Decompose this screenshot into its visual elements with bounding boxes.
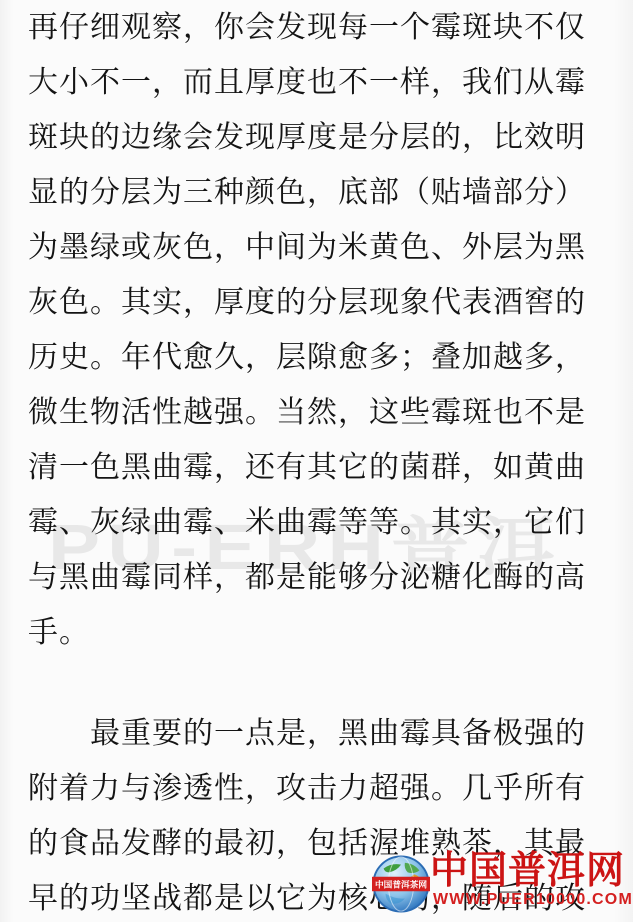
text-line: 再仔细观察，你会发现每一个霉斑块不仅 [28,0,618,55]
site-logo: 中国普洱茶网 中国普洱网 WWW.PUER10000.COM [370,846,633,922]
site-logo-url: WWW.PUER10000.COM [433,890,633,910]
text-line: 最重要的一点是，黑曲霉具备极强的 [28,706,618,761]
site-logo-title: 中国普洱网 [430,850,625,892]
globe-icon: 中国普洱茶网 [372,855,430,913]
text-line: 历史。年代愈久，层隙愈多；叠加越多， [28,330,618,385]
article-page: PU-ERH普洱 再仔细观察，你会发现每一个霉斑块不仅大小不一，而且厚度也不一样… [0,0,633,922]
text-line: 清一色黑曲霉，还有其它的菌群，如黄曲 [28,440,618,495]
text-line: 大小不一，而且厚度也不一样，我们从霉 [28,55,618,110]
text-line: 为墨绿或灰色，中间为米黄色、外层为黑 [28,220,618,275]
paragraph: 再仔细观察，你会发现每一个霉斑块不仅大小不一，而且厚度也不一样，我们从霉斑块的边… [28,0,618,660]
text-line: 与黑曲霉同样，都是能够分泌糖化酶的高 [28,550,618,605]
text-line: 手。 [28,605,618,660]
text-line: 斑块的边缘会发现厚度是分层的，比效明 [28,110,618,165]
text-line: 霉、灰绿曲霉、米曲霉等等。其实，它们 [28,495,618,550]
text-line: 灰色。其实，厚度的分层现象代表酒窖的 [28,275,618,330]
text-line: 微生物活性越强。当然，这些霉斑也不是 [28,385,618,440]
globe-banner-text: 中国普洱茶网 [375,878,427,889]
article-body: 再仔细观察，你会发现每一个霉斑块不仅大小不一，而且厚度也不一样，我们从霉斑块的边… [28,0,618,922]
text-line: 附着力与渗透性，攻击力超强。几乎所有 [28,761,618,816]
text-line: 显的分层为三种颜色，底部（贴墙部分） [28,165,618,220]
